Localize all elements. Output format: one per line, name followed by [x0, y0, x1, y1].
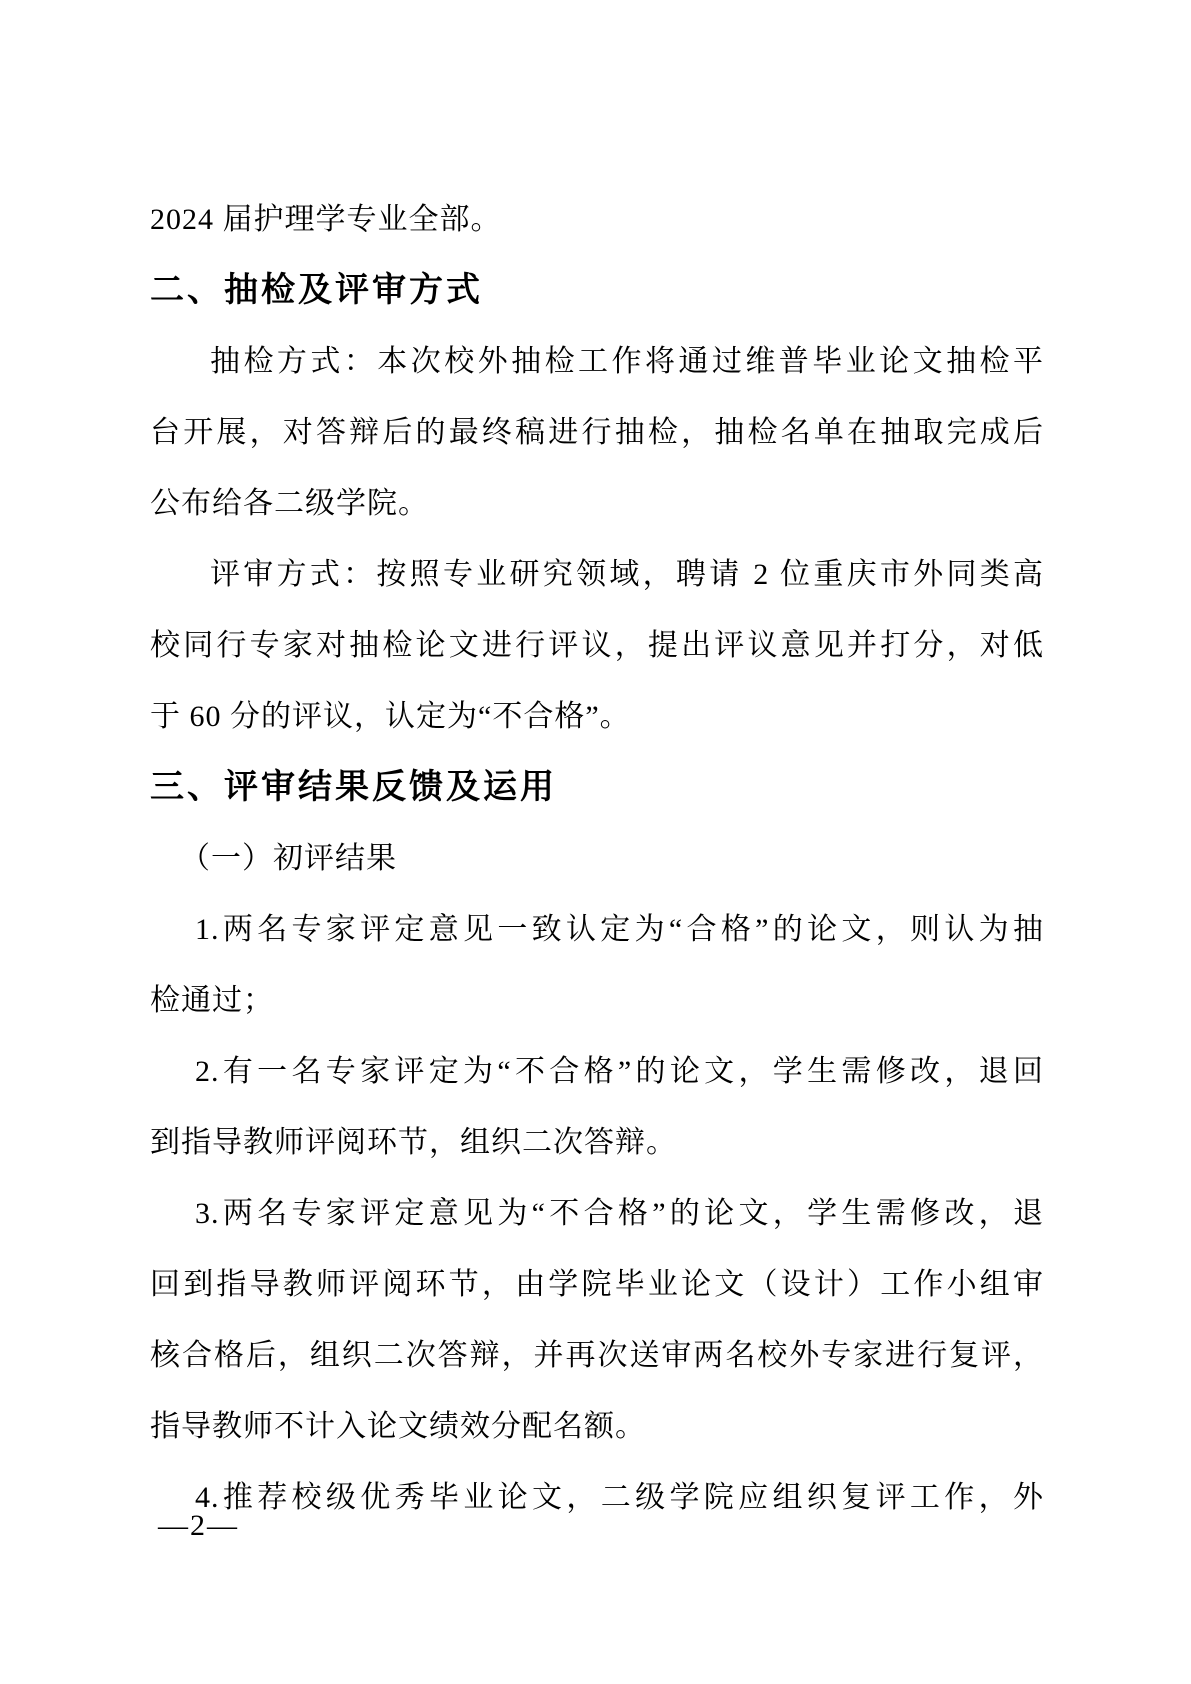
subheading-initial-review-results: （一）初评结果 [150, 823, 1044, 894]
numbered-item-2: 2.有一名专家评定为“不合格”的论文，学生需修改，退回到指导教师评阅环节，组织二… [150, 1036, 1044, 1178]
text-line: 到指导教师评阅环节，组织二次答辩。 [150, 1107, 1044, 1178]
numbered-item-1: 1.两名专家评定意见一致认定为“合格”的论文，则认为抽检通过； [150, 894, 1044, 1036]
text-line: 检通过； [150, 965, 1044, 1036]
text-line: 公布给各二级学院。 [150, 468, 1044, 539]
text-line: 2.有一名专家评定为“不合格”的论文，学生需修改，退回 [150, 1036, 1044, 1107]
text-line: 1.两名专家评定意见一致认定为“合格”的论文，则认为抽 [150, 894, 1044, 965]
text-line: （一）初评结果 [150, 823, 1044, 894]
text-line: 于 60 分的评议，认定为“不合格”。 [150, 681, 1044, 752]
text-line: 4.推荐校级优秀毕业论文，二级学院应组织复评工作，外 [150, 1462, 1044, 1533]
text-line: 2024 届护理学专业全部。 [150, 184, 1044, 255]
text-line: 指导教师不计入论文绩效分配名额。 [150, 1391, 1044, 1462]
paragraph-scope-continuation: 2024 届护理学专业全部。 [150, 184, 1044, 255]
text-line: 抽检方式：本次校外抽检工作将通过维普毕业论文抽检平 [150, 326, 1044, 397]
text-line: 评审方式：按照专业研究领域，聘请 2 位重庆市外同类高 [150, 539, 1044, 610]
text-line: 二、抽检及评审方式 [150, 255, 1044, 326]
text-line: 三、评审结果反馈及运用 [150, 752, 1044, 823]
page-number: —2— [158, 1506, 239, 1546]
numbered-item-3: 3.两名专家评定意见为“不合格”的论文，学生需修改，退回到指导教师评阅环节，由学… [150, 1178, 1044, 1462]
paragraph-sampling-method: 抽检方式：本次校外抽检工作将通过维普毕业论文抽检平台开展，对答辩后的最终稿进行抽… [150, 326, 1044, 539]
text-line: 核合格后，组织二次答辩，并再次送审两名校外专家进行复评， [150, 1320, 1044, 1391]
heading-section-3: 三、评审结果反馈及运用 [150, 752, 1044, 823]
document-page: 2024 届护理学专业全部。二、抽检及评审方式抽检方式：本次校外抽检工作将通过维… [0, 0, 1191, 1684]
document-content: 2024 届护理学专业全部。二、抽检及评审方式抽检方式：本次校外抽检工作将通过维… [150, 184, 1044, 1533]
text-line: 校同行专家对抽检论文进行评议，提出评议意见并打分，对低 [150, 610, 1044, 681]
paragraph-review-method: 评审方式：按照专业研究领域，聘请 2 位重庆市外同类高校同行专家对抽检论文进行评… [150, 539, 1044, 752]
text-line: 台开展，对答辩后的最终稿进行抽检，抽检名单在抽取完成后 [150, 397, 1044, 468]
text-line: 3.两名专家评定意见为“不合格”的论文，学生需修改，退 [150, 1178, 1044, 1249]
numbered-item-4: 4.推荐校级优秀毕业论文，二级学院应组织复评工作，外 [150, 1462, 1044, 1533]
heading-section-2: 二、抽检及评审方式 [150, 255, 1044, 326]
text-line: 回到指导教师评阅环节，由学院毕业论文（设计）工作小组审 [150, 1249, 1044, 1320]
